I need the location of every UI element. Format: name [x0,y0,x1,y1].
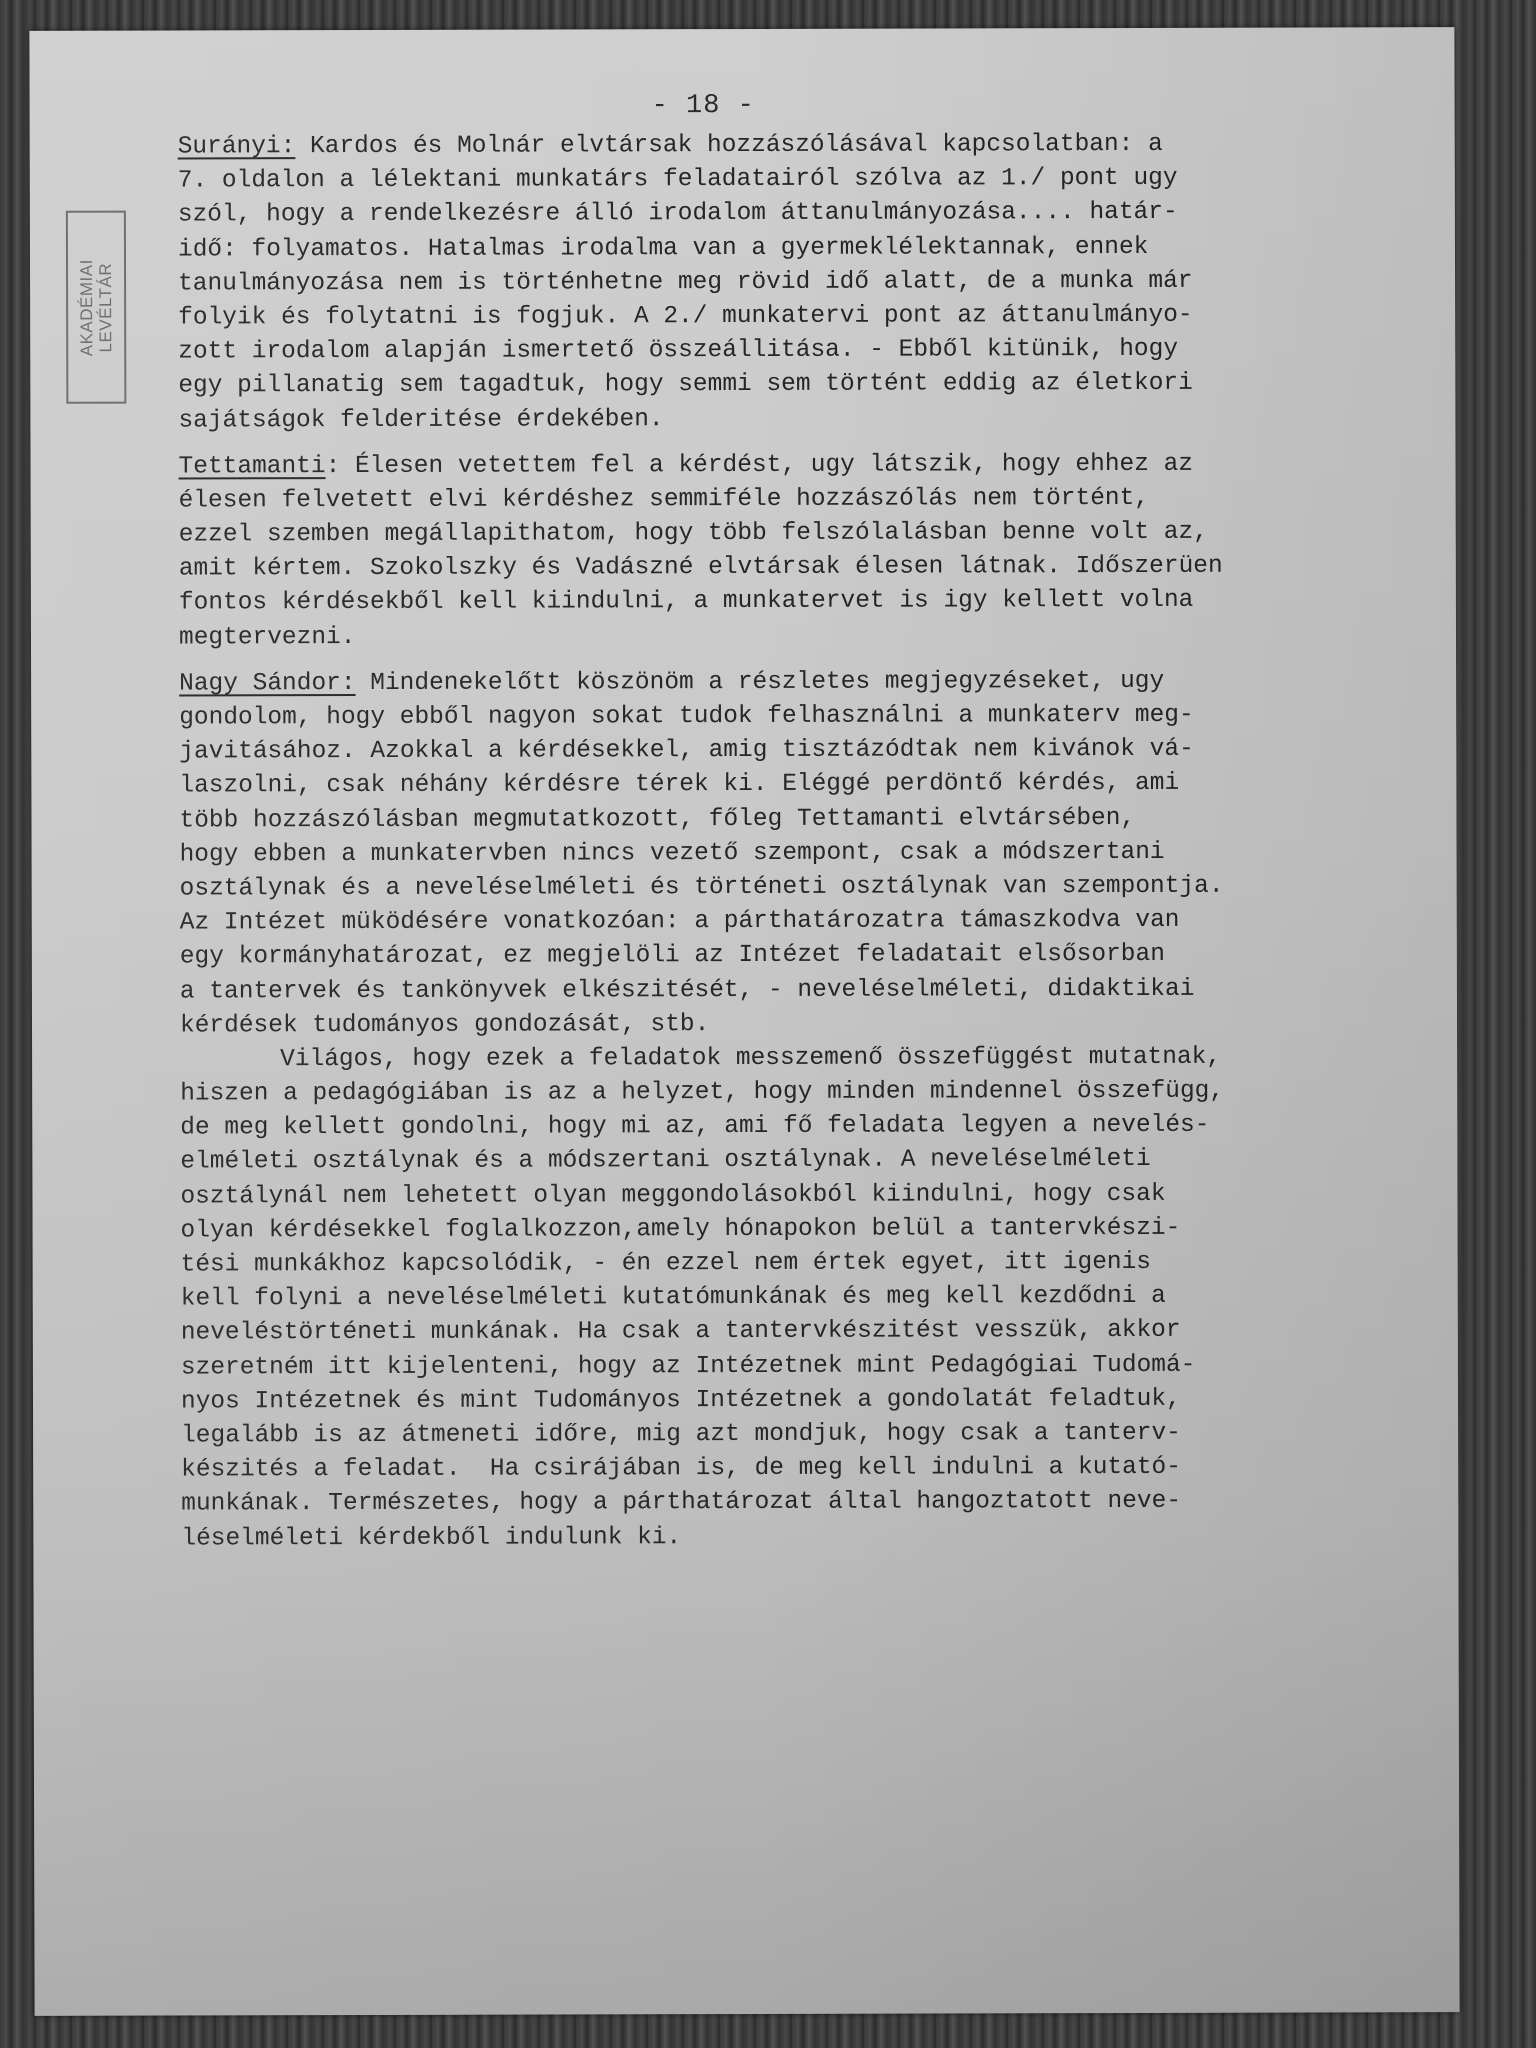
text-line: Az Intézet müködésére vonatkozóan: a pár… [180,903,1470,941]
text-line: osztálynál nem lehetett olyan meggondolá… [180,1177,1470,1215]
line-text: szeretném itt kijelenteni, hogy az Intéz… [181,1351,1196,1381]
text-line: tanulmányozása nem is történhetne meg rö… [178,264,1468,302]
line-text: olyan kérdésekkel foglalkozzon,amely hón… [181,1215,1181,1245]
line-text: több hozzászólásban megmutatkozott, főle… [179,805,1135,835]
line-text: de meg kellett gondolni, hogy mi az, ami… [180,1112,1209,1142]
line-text: szól, hogy a rendelkezésre álló irodalom… [178,199,1178,229]
text-line: több hozzászólásban megmutatkozott, főle… [179,801,1469,839]
document-body: Surányi: Kardos és Molnár elvtársak hozz… [178,127,1472,1556]
text-line: neveléstörténeti munkának. Ha csak a tan… [181,1313,1471,1351]
archive-stamp: AKADÉMIAI LEVÉLTÁR [66,211,127,404]
line-text: osztálynak és a neveléselméleti és törté… [180,873,1224,903]
speaker-name: Nagy Sándor: [179,670,356,697]
text-line: élesen felvetett elvi kérdéshez semmifél… [179,481,1469,519]
line-text: 7. oldalon a lélektani munkatárs feladat… [178,165,1178,195]
line-text: tanulmányozása nem is történhetne meg rö… [178,268,1193,298]
line-text: folyik és folytatni is fogjuk. A 2./ mun… [178,302,1193,332]
text-line: nyos Intézetnek és mint Tudományos Intéz… [181,1382,1471,1420]
archive-stamp-text: AKADÉMIAI LEVÉLTÁR [77,259,115,356]
line-text: kérdések tudományos gondozását, stb. [180,1011,709,1039]
stamp-line-2: LEVÉLTÁR [96,259,115,356]
page-number: - 18 - [652,91,755,121]
line-text: léselméleti kérdekből indulunk ki. [181,1524,681,1552]
text-line: fontos kérdésekből kell kiindulni, a mun… [179,584,1469,622]
text-line: idő: folyamatos. Hatalmas irodalma van a… [178,230,1468,268]
text-line: olyan kérdésekkel foglalkozzon,amely hón… [181,1211,1471,1249]
line-text: sajátságok felderitése érdekében. [178,406,663,434]
stamp-line-1: AKADÉMIAI [77,259,96,356]
paragraph: Nagy Sándor: Mindenekelőtt köszönöm a ré… [179,664,1470,1043]
line-text: élesen felvetett elvi kérdéshez semmifél… [179,485,1149,515]
line-text: hiszen a pedagógiában is az a helyzet, h… [180,1078,1224,1108]
line-text: kell folyni a neveléselméleti kutatómunk… [181,1283,1166,1313]
text-line: amit kértem. Szokolszky és Vadászné elvt… [179,549,1469,587]
line-text: egy kormányhatározat, ez megjelöli az In… [180,941,1165,971]
text-line: Surányi: Kardos és Molnár elvtársak hozz… [178,127,1468,165]
text-line: egy kormányhatározat, ez megjelöli az In… [180,937,1470,975]
paragraph: Tettamanti: Élesen vetettem fel a kérdés… [179,447,1470,656]
text-line: laszolni, csak néhány kérdésre térek ki.… [179,766,1469,804]
text-line: Nagy Sándor: Mindenekelőtt köszönöm a ré… [179,664,1469,702]
paragraph: Surányi: Kardos és Molnár elvtársak hozz… [178,127,1469,438]
text-line: folyik és folytatni is fogjuk. A 2./ mun… [178,298,1468,336]
paragraph: Világos, hogy ezek a feladatok messzemen… [180,1040,1471,1556]
line-text: ezzel szemben megállapithatom, hogy több… [179,519,1208,549]
line-text: legalább is az átmeneti időre, mig azt m… [181,1420,1181,1450]
line-text: Világos, hogy ezek a feladatok messzemen… [280,1044,1221,1073]
line-text: fontos kérdésekből kell kiindulni, a mun… [179,587,1194,617]
text-line: munkának. Természetes, hogy a párthatáro… [181,1484,1471,1522]
line-text: munkának. Természetes, hogy a párthatáro… [181,1488,1181,1518]
text-line: javitásához. Azokkal a kérdésekkel, amig… [179,732,1469,770]
line-text: zott irodalom alapján ismertető összeáll… [178,336,1178,366]
text-line: készités a feladat. Ha csirájában is, de… [181,1450,1471,1488]
line-text: egy pillanatig sem tagadtuk, hogy semmi … [178,370,1193,400]
text-line: gondolom, hogy ebből nagyon sokat tudok … [179,698,1469,736]
line-text: elméleti osztálynak és a módszertani osz… [180,1146,1150,1176]
line-text: hogy ebben a munkatervben nincs vezető s… [180,839,1165,869]
text-line: osztálynak és a neveléselméleti és törté… [180,869,1470,907]
text-line: legalább is az átmeneti időre, mig azt m… [181,1416,1471,1454]
line-text: laszolni, csak néhány kérdésre térek ki.… [179,770,1179,800]
text-line: zott irodalom alapján ismertető összeáll… [178,332,1468,370]
text-line: a tantervek és tankönyvek elkészitését, … [180,972,1470,1010]
text-line: Világos, hogy ezek a feladatok messzemen… [180,1040,1470,1078]
text-line: léselméleti kérdekből indulunk ki. [181,1519,1471,1557]
typewritten-page: - 18 - AKADÉMIAI LEVÉLTÁR Surányi: Kardo… [29,27,1459,2016]
text-line: hogy ebben a munkatervben nincs vezető s… [180,835,1470,873]
line-text: neveléstörténeti munkának. Ha csak a tan… [181,1317,1181,1347]
line-text: Az Intézet müködésére vonatkozóan: a pár… [180,907,1180,937]
line-text: Mindenekelőtt köszönöm a részletes megje… [356,668,1165,697]
text-line: egy pillanatig sem tagadtuk, hogy semmi … [178,366,1468,404]
text-line: 7. oldalon a lélektani munkatárs feladat… [178,161,1468,199]
line-text: osztálynál nem lehetett olyan meggondolá… [180,1181,1165,1211]
text-line: ezzel szemben megállapithatom, hogy több… [179,515,1469,553]
line-text: megtervezni. [179,624,356,651]
line-text: javitásához. Azokkal a kérdésekkel, amig… [179,736,1194,766]
text-line: tési munkákhoz kapcsolódik, - én ezzel n… [181,1245,1471,1283]
line-text: : Élesen vetettem fel a kérdést, ugy lát… [326,451,1194,480]
text-line: szeretném itt kijelenteni, hogy az Intéz… [181,1348,1471,1386]
line-text: tési munkákhoz kapcsolódik, - én ezzel n… [181,1249,1151,1279]
line-text: gondolom, hogy ebből nagyon sokat tudok … [179,702,1194,732]
text-line: kérdések tudományos gondozását, stb. [180,1006,1470,1044]
text-line: elméleti osztálynak és a módszertani osz… [180,1143,1470,1181]
text-line: Tettamanti: Élesen vetettem fel a kérdés… [179,447,1469,485]
text-line: megtervezni. [179,618,1469,656]
speaker-name: Surányi: [178,133,296,160]
text-line: kell folyni a neveléselméleti kutatómunk… [181,1279,1471,1317]
line-text: készités a feladat. Ha csirájában is, de… [181,1454,1181,1484]
line-text: amit kértem. Szokolszky és Vadászné elvt… [179,553,1223,583]
text-line: hiszen a pedagógiában is az a helyzet, h… [180,1074,1470,1112]
line-text: idő: folyamatos. Hatalmas irodalma van a… [178,234,1148,264]
line-text: nyos Intézetnek és mint Tudományos Intéz… [181,1386,1181,1416]
speaker-name: Tettamanti [179,453,326,480]
line-text: Kardos és Molnár elvtársak hozzászólásáv… [295,131,1163,160]
text-line: sajátságok felderitése érdekében. [178,401,1468,439]
text-line: de meg kellett gondolni, hogy mi az, ami… [180,1108,1470,1146]
text-line: szól, hogy a rendelkezésre álló irodalom… [178,195,1468,233]
line-text: a tantervek és tankönyvek elkészitését, … [180,975,1195,1005]
